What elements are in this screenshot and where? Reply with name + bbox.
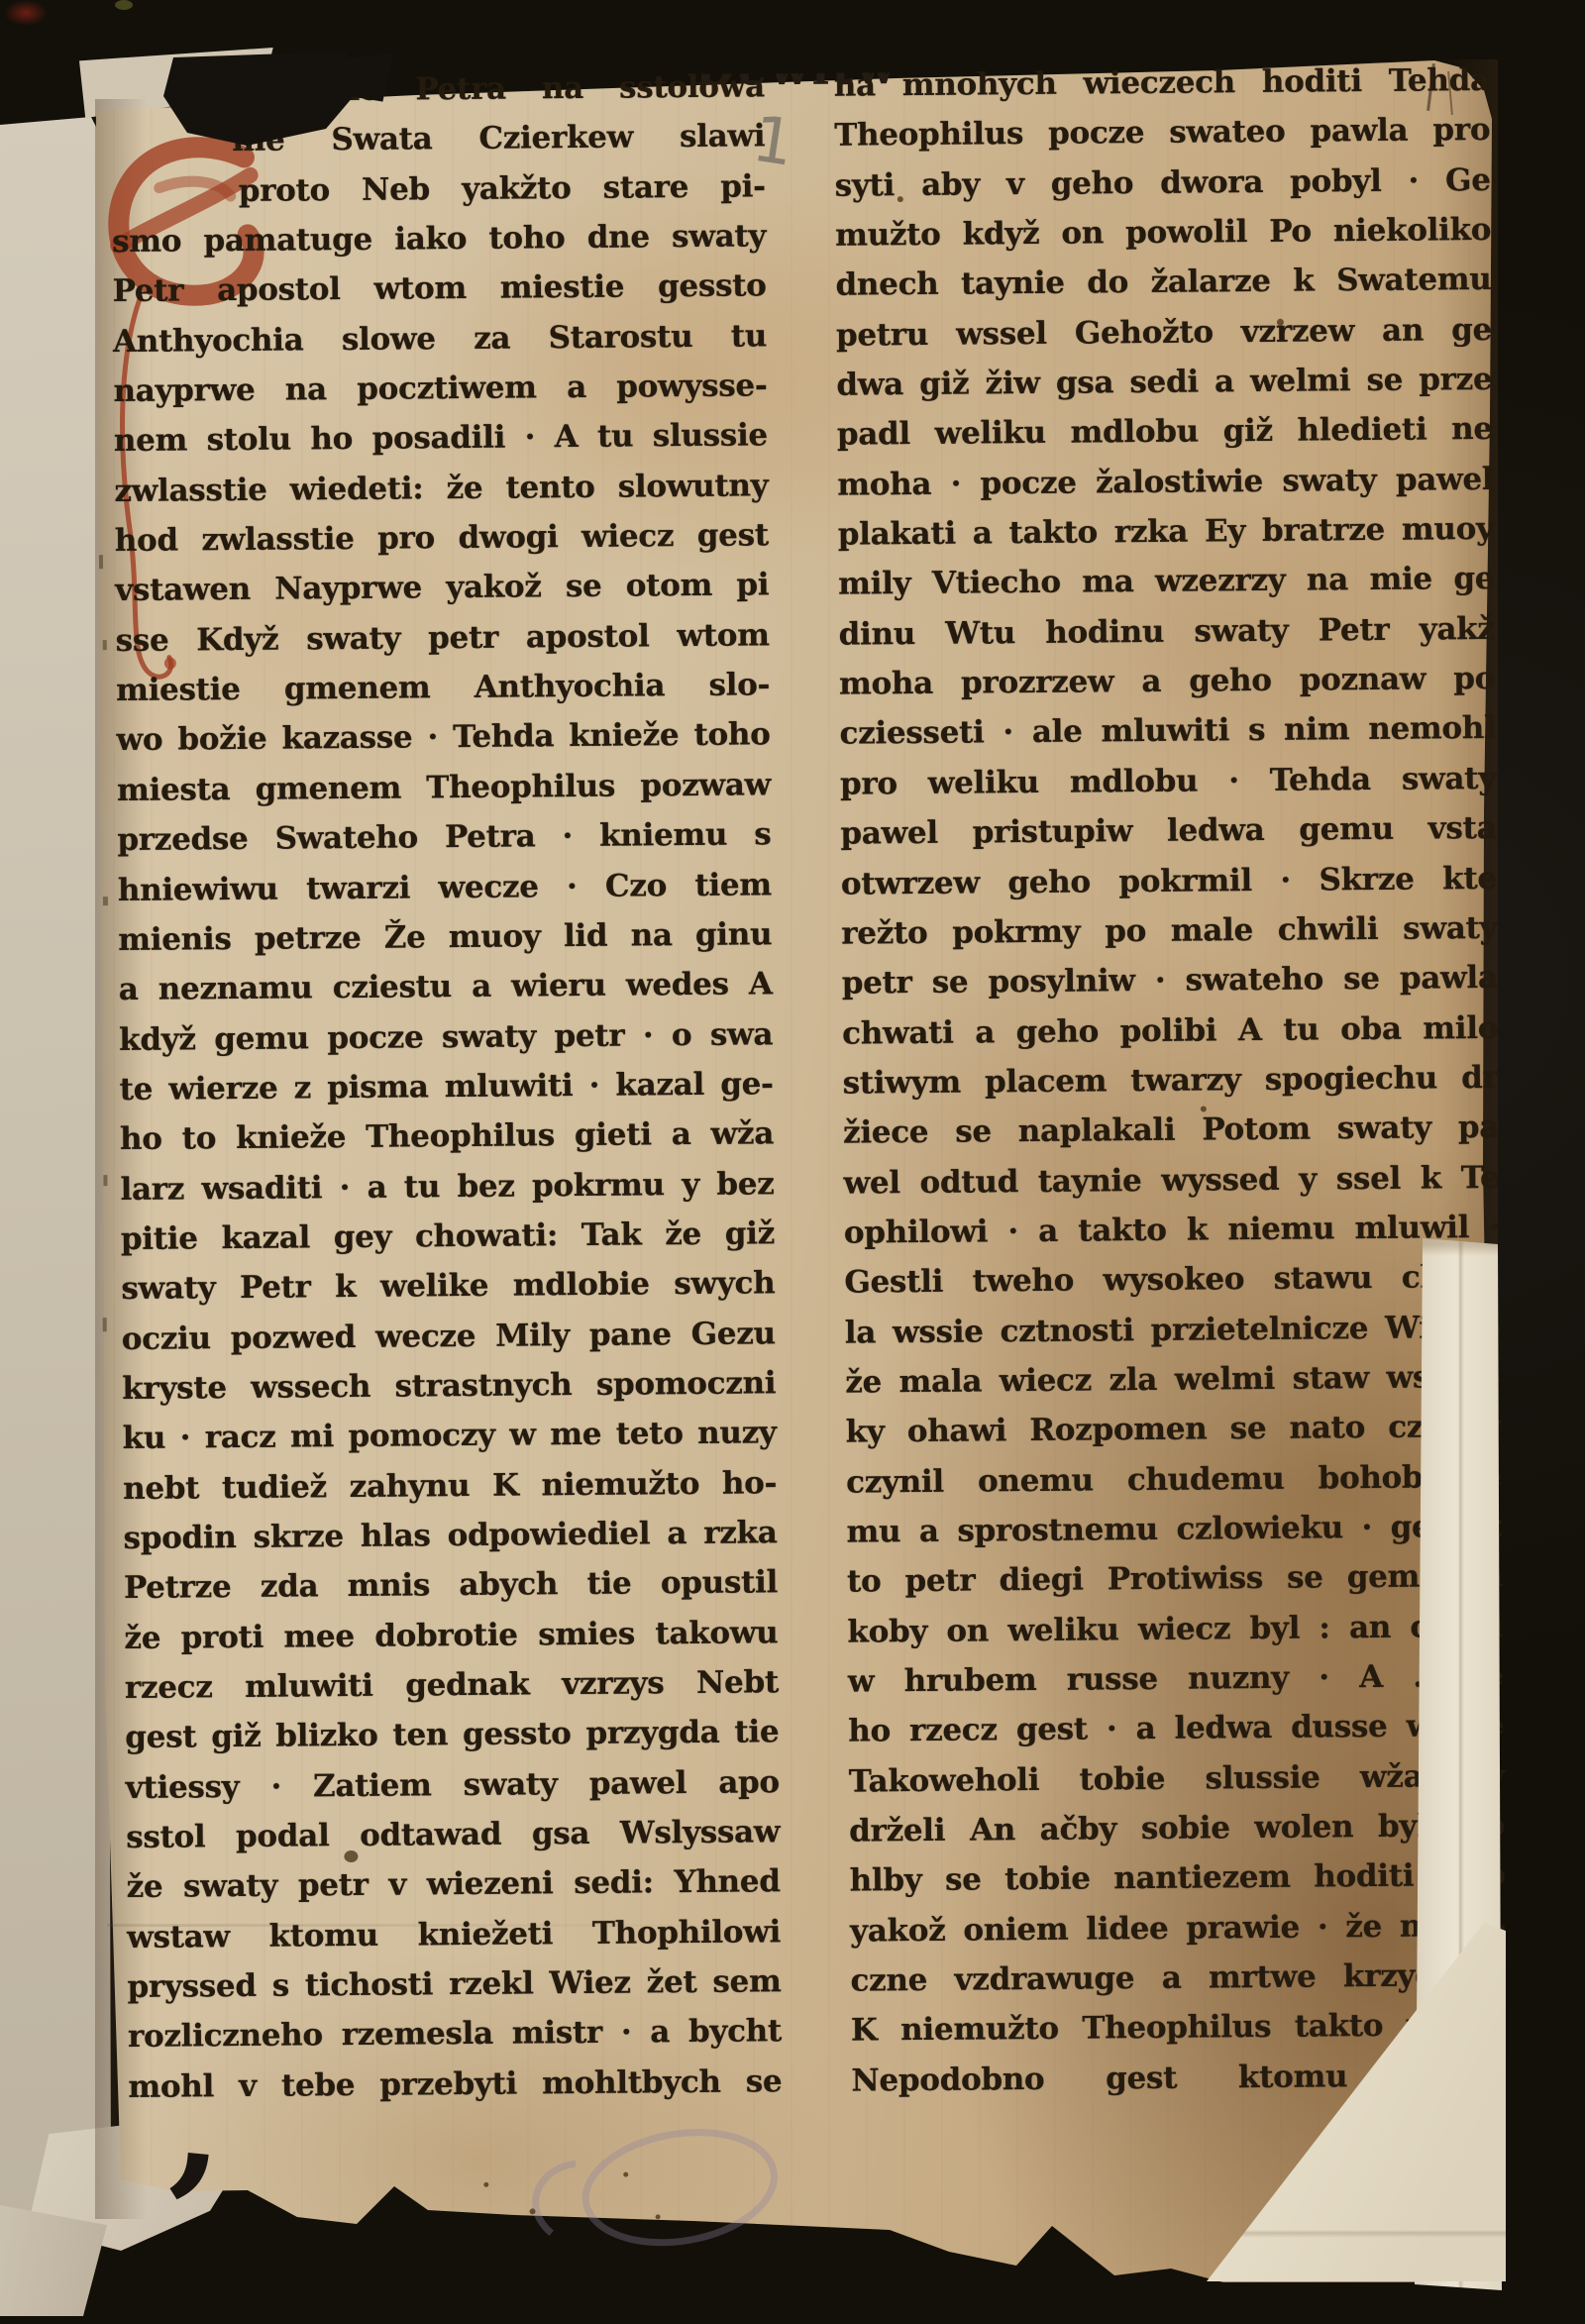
text-line: vtiessy · Zatiem swaty pawel apo [126,1757,780,1813]
ink-flourish-mark: , [168,2063,231,2186]
text-line: dinu Wtu hodinu swaty Petr yakž [838,604,1494,660]
text-line: drželi An ačby sobie wolen byl mo [849,1801,1505,1856]
text-line: dnech taynie do žalarze k Swatemu [835,255,1491,310]
text-line: dwa giž žiw gsa sedi a welmi se prze [836,355,1492,410]
text-line: ocziu pozwed wecze Mily pane Gezu [122,1309,776,1364]
text-line: mienis petrze Že muoy lid na ginu [118,909,772,965]
stain-speck [483,2182,488,2187]
text-line: wel odtud taynie wyssed y ssel k Te [843,1152,1499,1208]
text-line: hniewiwu twarzi wecze · Czo tiem [118,860,772,915]
text-line: moha · pocze žalostiwie swaty pawel [837,455,1493,510]
stain-speck [656,2214,661,2219]
text-line: Gestli tweho wysokeo stawu chwa- [844,1252,1500,1308]
text-line: plakati a takto rzka Ey bratrze muoy [838,504,1494,560]
text-line: larz wsaditi · a tu bez pokrmu y bez [120,1159,774,1215]
text-line: nem stolu ho posadili · A tu slussie [114,411,768,467]
text-line: že mala wiecz zla welmi staw wsseli- [845,1352,1501,1408]
text-line: w hrubem russe nuzny · A . ale [848,1651,1504,1707]
text-column-left: watcho Petra na sstolowanie Swata Czierk… [111,61,783,2112]
margin-tick [103,640,107,650]
text-line: pro weliku mdlobu · Tehda swaty [840,754,1496,809]
text-line: sstol podal odtawad gsa Wslyssaw [126,1807,780,1862]
margin-tick [99,555,103,569]
text-line: cziesseti · ale mluwiti s nim nemohl [839,703,1495,759]
text-line: pryssed s tichosti rzekl Wiez žet sem [127,1956,781,2012]
text-line: Petrze zda mnis abych tie opustil [124,1558,778,1614]
text-line: zwlasstie wiedeti: že tento slowutny [114,461,768,516]
margin-tick [103,897,108,905]
text-line: že proti mee dobrotie smies takowu [124,1608,778,1663]
text-line: te wierze z pisma mluwiti · kazal ge- [119,1059,773,1114]
text-line: wo božie kazasse · Tehda knieže toho [116,710,770,766]
text-line: pitie kazal gey chowati: Tak že giž [121,1209,775,1264]
text-line: mu a sprostnemu czlowieku · gemuž [846,1502,1502,1557]
text-line: hod zwlasstie pro dwogi wiecz gest [115,510,769,566]
text-line: yakož oniem lidee prawie · že nemo- [850,1901,1506,1956]
text-line: moha prozrzew a geho poznaw po [839,654,1495,709]
stain-speck [530,2208,536,2214]
stain-speck [344,1850,358,1862]
manuscript-scan-page: Dewitw 1 S watcho Petra na sstolowanie S… [0,0,1585,2324]
text-line: proto Neb yakžto stare pi- [112,161,766,217]
text-line: nayprwe na pocztiwem a powysse- [113,361,767,416]
stain-speck [1201,1106,1207,1111]
margin-tick [103,1175,107,1186]
text-line: že swaty petr v wiezeni sedi: Yhned [126,1857,780,1913]
text-line: žiece se naplakali Potom swaty pa [843,1103,1499,1158]
text-line: sse Když swaty petr apostol wtom [115,610,769,666]
text-line: miestie gmenem Anthyochia slo- [116,660,770,715]
text-line: na mnohych wieczech hoditi Tehda [834,55,1490,111]
text-line: otwrzew geho pokrmil · Skrze kte [841,853,1497,908]
text-line: chwati a geho polibi A tu oba milo [842,1003,1498,1058]
text-line: spodin skrze hlas odpowiediel a rzka [123,1508,777,1563]
text-line: to petr diegi Protiwiss se gemu ya [847,1551,1503,1607]
text-line: koby on weliku wiecz byl : an chodi [847,1602,1503,1657]
text-line: hlby se tobie nantiezem hoditi Neb [849,1850,1505,1906]
text-line: swaty Petr k welike mdlobie swych [121,1259,775,1315]
text-line: czne vzdrawuge a mrtwe krzyesy · [850,1951,1506,2006]
text-line: Takoweholi tobie slussie wžalarzy [849,1751,1505,1807]
text-line: syti aby v geho dwora pobyl · Ge [834,156,1490,211]
print-area: Dewitw 1 S watcho Petra na sstolowanie S… [0,0,1585,2324]
text-line: stiwym placem twarzy spogiechu dr [842,1053,1498,1109]
text-line: kryste wssech strastnych spomoczni [122,1358,776,1414]
text-line: ho to knieže Theophilus gieti a wža [120,1109,774,1164]
text-line: nebt tudiež zahynu K niemužto ho- [123,1458,777,1514]
text-line: mužto když on powolil Po niekoliko [835,205,1491,261]
stain-speck [623,2172,628,2177]
text-line: a neznamu cziestu a wieru wedes A [119,959,773,1014]
text-line: miesta gmenem Theophilus pozwaw [117,760,771,815]
text-line: režto pokrmy po male chwili swaty [841,903,1497,959]
text-line: la wssie cztnosti przietelnicze Wiezto [845,1302,1501,1357]
text-line: vstawen Nayprwe yakož se otom pi [115,561,769,616]
text-line: czynil onemu chudemu bohoboyne [846,1451,1502,1507]
text-line: przedse Swateho Petra · kniemu s [117,809,771,865]
text-line: petr se posylniw · swateho se pawla [842,953,1498,1008]
text-column-right: na mnohych wieczech hoditi TehdaTheophil… [834,55,1508,2106]
text-line: petru wssel Gehožto vzrzew an ge [836,305,1492,361]
text-line: rzecz mluwiti gednak vzrzys Nebt [125,1657,779,1713]
text-line: gest giž blizko ten gessto przygda tie [125,1708,779,1763]
stain-speck [898,196,903,202]
text-line: ky ohawi Rozpomen se nato czos v [845,1402,1501,1457]
text-line: wstaw ktomu kniežeti Thophilowi [127,1907,781,1962]
text-line: padl weliku mdlobu giž hledieti ne [837,404,1493,460]
stain-speck [1277,319,1284,326]
text-line: když gemu pocze swaty petr · o swa [119,1009,773,1065]
margin-tick [103,1318,107,1331]
text-line: ku · racz mi pomoczy w me teto nuzy [122,1409,776,1464]
text-line: mily Vtiecho ma wzezrzy na mie ge [838,554,1494,609]
text-line: Petr apostol wtom miestie gessto [112,262,766,317]
text-line: ho rzecz gest · a ledwa dusse w nie [848,1701,1504,1756]
text-line: Anthyochia slowe za Starostu tu [113,311,767,367]
pencil-scribble [481,2112,799,2283]
text-line: pawel pristupiw ledwa gemu vsta [840,803,1496,859]
text-line: smo pamatuge iako toho dne swaty [112,211,766,266]
text-line: Theophilus pocze swateo pawla pro [834,105,1490,160]
text-line: ophilowi · a takto k niemu mluwil · [844,1203,1500,1258]
